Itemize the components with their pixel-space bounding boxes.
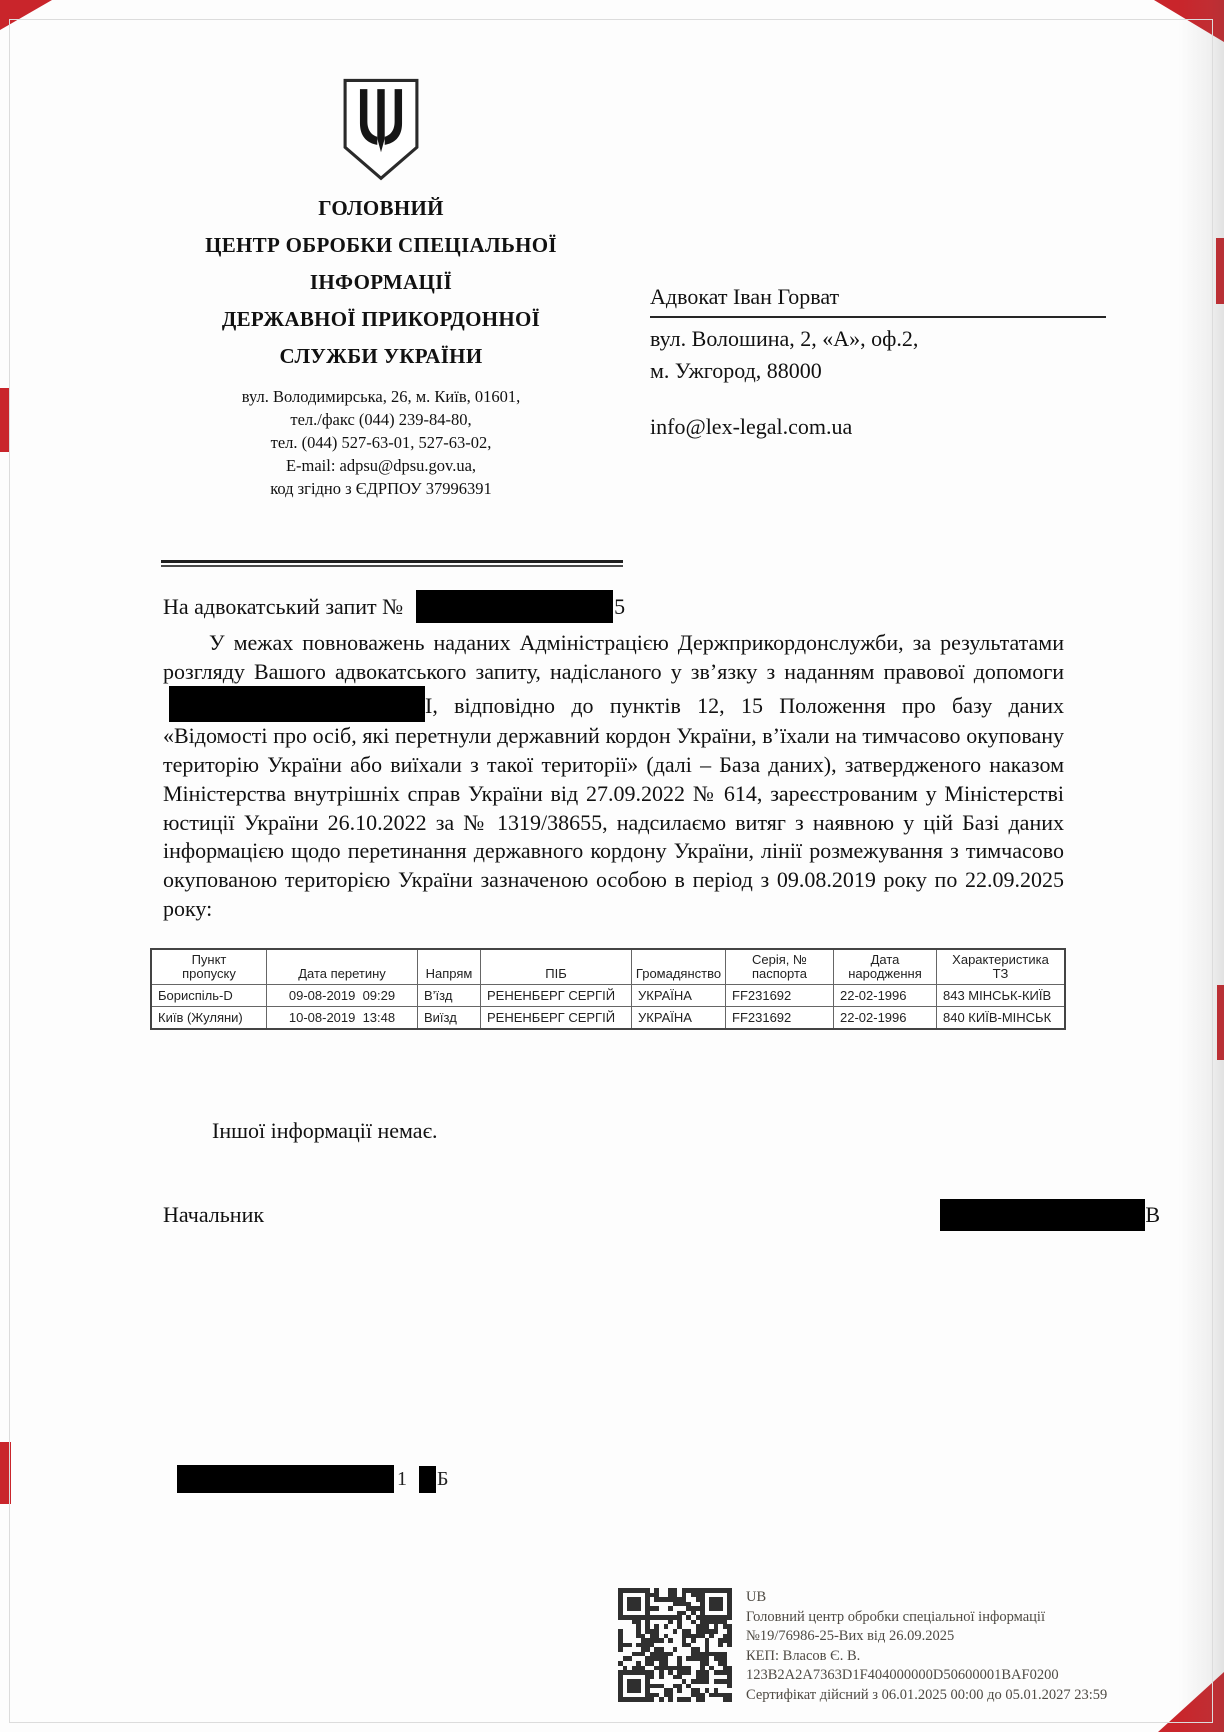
- reference-prefix: На адвокатський запит №: [163, 594, 403, 620]
- stamp-text-line: 123B2A2A7363D1F404000000D50600001BAF0200: [746, 1666, 1107, 1686]
- sender-address-line: вул. Володимирська, 26, м. Київ, 01601,: [150, 385, 612, 408]
- cell-vehicle-info: 843 МІНСЬК-КИЇВ: [937, 985, 1064, 1006]
- stamp-text-line: №19/76986-25-Вих від 26.09.2025: [746, 1627, 1107, 1647]
- signature-row: Начальник В: [163, 1199, 1160, 1231]
- cell-full-name: РЕНЕНБЕРГ СЕРГІЙ: [481, 985, 632, 1006]
- signature-title: Начальник: [163, 1202, 264, 1228]
- redaction-box: [416, 590, 613, 623]
- cell-passport: FF231692: [726, 985, 834, 1006]
- table-header-cell: Характеристика ТЗ: [937, 950, 1064, 984]
- footer-visible-char: 1: [397, 1468, 407, 1491]
- table-header-cell: ПІБ: [481, 950, 632, 984]
- body-text-part2: І, відповідно до пунктів 12, 15 Положенн…: [163, 693, 1064, 920]
- border-crossings-table: Пункт пропускуДата перетинуНапрямПІБГром…: [150, 948, 1066, 1030]
- cell-checkpoint: Київ (Жуляни): [152, 1007, 267, 1028]
- stamp-text-block: UBГоловний центр обробки спеціальної інф…: [746, 1588, 1107, 1705]
- cell-full-name: РЕНЕНБЕРГ СЕРГІЙ: [481, 1007, 632, 1028]
- body-text-part1: У межах повноважень наданих Адміністраці…: [163, 630, 1064, 684]
- table-header-cell: Напрям: [418, 950, 481, 984]
- ukraine-trident-emblem-icon: [341, 78, 421, 182]
- cell-vehicle-info: 840 КИЇВ-МІНСЬК: [937, 1007, 1064, 1028]
- document-page: ГОЛОВНИЙЦЕНТР ОБРОБКИ СПЕЦІАЛЬНОЇІНФОРМА…: [0, 0, 1224, 1732]
- qr-code: [618, 1588, 732, 1702]
- sender-title: ГОЛОВНИЙЦЕНТР ОБРОБКИ СПЕЦІАЛЬНОЇІНФОРМА…: [150, 190, 612, 375]
- red-edge-mark: [0, 388, 9, 452]
- header-divider: [161, 560, 623, 567]
- cell-direction: Виїзд: [418, 1007, 481, 1028]
- stamp-text-line: КЕП: Власов Є. В.: [746, 1647, 1107, 1667]
- sender-block: ГОЛОВНИЙЦЕНТР ОБРОБКИ СПЕЦІАЛЬНОЇІНФОРМА…: [150, 78, 612, 500]
- red-edge-mark: [0, 0, 52, 30]
- sender-address-line: E-mail: adpsu@dpsu.gov.ua,: [150, 454, 612, 477]
- table-header-cell: Дата народження: [834, 950, 937, 984]
- sender-title-line: ГОЛОВНИЙ: [150, 190, 612, 227]
- sender-address-line: тел./факс (044) 239-84-80,: [150, 408, 612, 431]
- footer-redacted-line: 1 Б: [177, 1465, 448, 1493]
- cell-direction: В’їзд: [418, 985, 481, 1006]
- sender-title-line: ІНФОРМАЦІЇ: [150, 264, 612, 301]
- table-row: Бориспіль-D 09-08-2019 09:29 В’їзд РЕНЕН…: [152, 984, 1064, 1006]
- digital-signature-stamp: UBГоловний центр обробки спеціальної інф…: [618, 1588, 1107, 1705]
- cell-checkpoint: Бориспіль-D: [152, 985, 267, 1006]
- redaction-box: [419, 1466, 436, 1493]
- cell-birth-date: 22-02-1996: [834, 1007, 937, 1028]
- table-row: Київ (Жуляни) 10-08-2019 13:48 Виїзд РЕН…: [152, 1006, 1064, 1028]
- red-edge-mark: [0, 1442, 11, 1504]
- cell-passport: FF231692: [726, 1007, 834, 1028]
- reference-suffix: 5: [614, 594, 625, 620]
- table-header-cell: Серія, № паспорта: [726, 950, 834, 984]
- redaction-box: [169, 686, 425, 722]
- stamp-text-line: UB: [746, 1588, 1107, 1608]
- sender-title-line: СЛУЖБИ УКРАЇНИ: [150, 338, 612, 375]
- sender-address-line: тел. (044) 527-63-01, 527-63-02,: [150, 431, 612, 454]
- cell-birth-date: 22-02-1996: [834, 985, 937, 1006]
- redaction-box: [177, 1465, 394, 1493]
- reference-line: На адвокатський запит № 5: [163, 590, 625, 623]
- footer-visible-char: Б: [437, 1468, 448, 1491]
- table-header-cell: Пункт пропуску: [152, 950, 267, 984]
- sender-title-line: ЦЕНТР ОБРОБКИ СПЕЦІАЛЬНОЇ: [150, 227, 612, 264]
- recipient-address-line: м. Ужгород, 88000: [650, 355, 1106, 387]
- redaction-box: [940, 1199, 1145, 1231]
- recipient-address-line: вул. Волошина, 2, «А», оф.2,: [650, 323, 1106, 355]
- sender-address-line: код згідно з ЄДРПОУ 37996391: [150, 477, 612, 500]
- recipient-name: Адвокат Іван Горват: [650, 281, 1106, 318]
- stamp-text-line: Головний центр обробки спеціальної інфор…: [746, 1608, 1107, 1628]
- table-header-row: Пункт пропускуДата перетинуНапрямПІБГром…: [152, 950, 1064, 984]
- cell-crossing-date: 09-08-2019 09:29: [267, 985, 418, 1006]
- signature-visible-letter: В: [1145, 1202, 1160, 1228]
- cell-citizenship: УКРАЇНА: [632, 985, 726, 1006]
- no-other-info-note: Іншої інформації немає.: [212, 1118, 438, 1144]
- sender-title-line: ДЕРЖАВНОЇ ПРИКОРДОННОЇ: [150, 301, 612, 338]
- stamp-text-line: Сертифікат дійсний з 06.01.2025 00:00 до…: [746, 1686, 1107, 1706]
- sender-address: вул. Володимирська, 26, м. Київ, 01601,т…: [150, 385, 612, 500]
- cell-crossing-date: 10-08-2019 13:48: [267, 1007, 418, 1028]
- body-paragraph: У межах повноважень наданих Адміністраці…: [163, 629, 1064, 923]
- table-header-cell: Дата перетину: [267, 950, 418, 984]
- cell-citizenship: УКРАЇНА: [632, 1007, 726, 1028]
- signature-name-area: В: [940, 1199, 1160, 1231]
- page-edge-shadow: [1178, 0, 1224, 1732]
- recipient-block: Адвокат Іван Горват вул. Волошина, 2, «А…: [650, 281, 1106, 443]
- table-body: Бориспіль-D 09-08-2019 09:29 В’їзд РЕНЕН…: [152, 984, 1064, 1028]
- recipient-email: info@lex-legal.com.ua: [650, 411, 1106, 443]
- table-header-cell: Громадянство: [632, 950, 726, 984]
